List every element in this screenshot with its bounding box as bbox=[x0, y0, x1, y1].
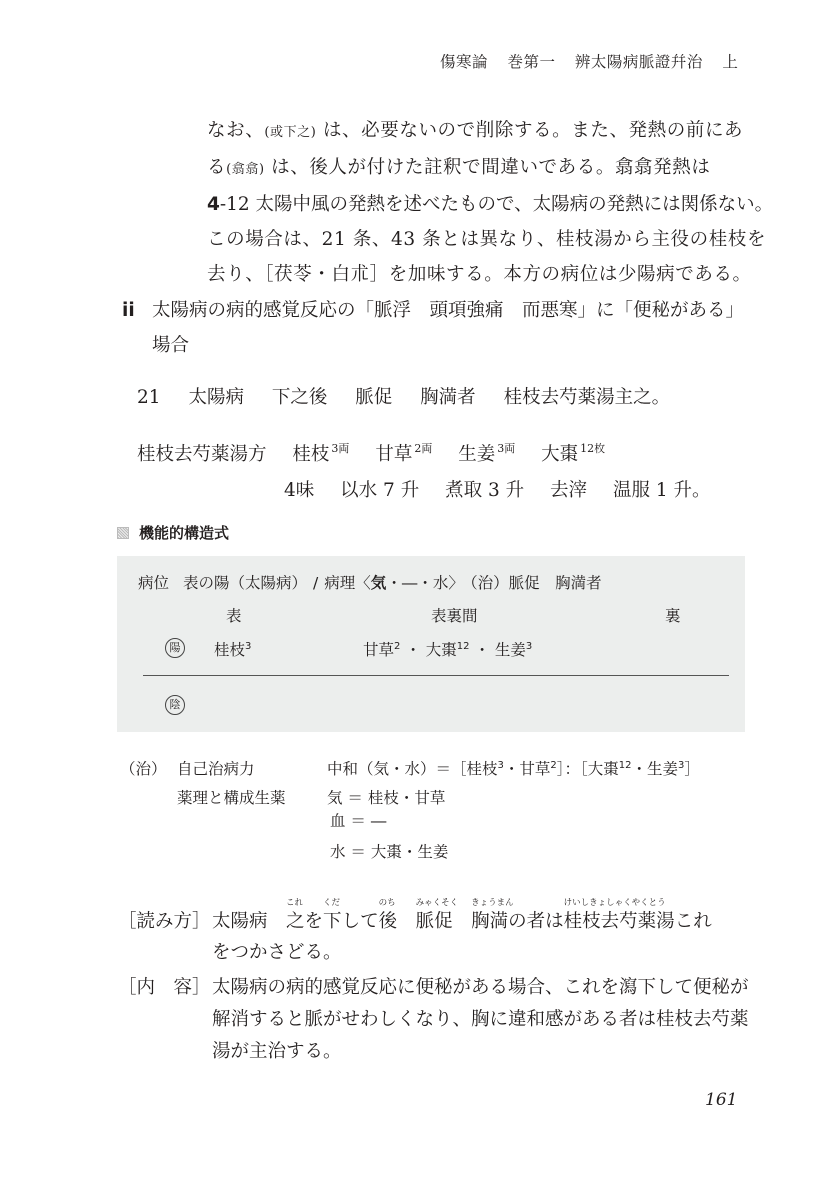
article-phrase: 脈促 bbox=[355, 387, 392, 408]
header-volume: 巻第一 bbox=[507, 53, 555, 71]
text: なお、 bbox=[207, 120, 264, 141]
article-phrase: 桂枝去芍薬湯主之。 bbox=[504, 387, 671, 408]
yang-outer-herb: 桂枝3 bbox=[214, 638, 251, 660]
method-step: 煮取 3 升 bbox=[445, 480, 524, 501]
section-title: 機能的構造式 bbox=[139, 524, 229, 542]
text: 太陽病の病的感覚反応に便秘がある場合、これを瀉下して便秘が bbox=[212, 977, 749, 998]
text: る bbox=[207, 157, 226, 178]
small-text: (或下之) bbox=[264, 125, 316, 140]
article-phrase: 胸満者 bbox=[420, 387, 476, 408]
value: ・甘草 bbox=[504, 760, 551, 778]
herb-dose: 3 bbox=[526, 641, 532, 652]
term: 自己治病力 bbox=[177, 755, 327, 784]
herb-name: 桂枝 bbox=[214, 641, 245, 659]
ruby-word: 胸満きょうまん bbox=[471, 907, 508, 933]
reading-line-1: ［読み方］太陽病 之これを下くだして後のち 脈促みゃくそく 胸満きょうまんの者は… bbox=[118, 907, 712, 933]
herb-dose: 3両 bbox=[331, 442, 349, 455]
text: 太陽病 bbox=[212, 911, 286, 932]
prescription-line: 桂枝去芍薬湯方 桂枝3両 甘草2両 生姜3両 大棗12枚 bbox=[137, 440, 625, 466]
page-number: 161 bbox=[705, 1090, 737, 1110]
value: ］ bbox=[684, 760, 700, 778]
yang-circle-icon: 陽 bbox=[165, 638, 185, 658]
yang-symbol: 陽 bbox=[165, 636, 185, 658]
text: -12 太陽中風の発熱を述べたもので、太陽病の発熱には関係ない。 bbox=[220, 194, 773, 215]
reading-label: ［読み方］ bbox=[118, 907, 212, 933]
prescription-method: 4味 以水 7 升 煮取 3 升 去滓 温服 1 升。 bbox=[284, 476, 731, 502]
section-item-ii: ii太陽病の病的感覚反応の「脈浮 頭項強痛 而悪寒」に「便秘がある」 場合 bbox=[122, 293, 744, 363]
furigana: のち bbox=[379, 896, 396, 908]
cross-ref: 4 bbox=[207, 194, 220, 215]
intro-line-1: なお、(或下之) は、必要ないので削除する。また、発熱の前にあ bbox=[207, 113, 773, 150]
herb-dose: 3 bbox=[245, 641, 251, 652]
yin-yang-divider bbox=[143, 675, 729, 676]
value: ］：［大棗 bbox=[557, 760, 619, 778]
article-number: 21 bbox=[137, 387, 161, 408]
ruby-word: 之これ bbox=[286, 907, 305, 933]
structure-section-heading: 機能的構造式 bbox=[117, 522, 229, 543]
text: は、後人が付けた註釈で間違いである。翕翕発熱は bbox=[265, 157, 711, 178]
intro-line-4: この場合は、21 条、43 条とは異なり、桂枝湯から主役の桂枝を bbox=[207, 222, 773, 257]
ruby-word: 脈促みゃくそく bbox=[416, 907, 453, 933]
herb: 甘草2両 bbox=[375, 444, 432, 465]
column-outer: 表 bbox=[226, 604, 242, 626]
content-line-2: 解消すると脈がせわしくなり、胸に違和感がある者は桂枝去芍薬 bbox=[212, 1005, 749, 1031]
yin-symbol: 陰 bbox=[165, 693, 185, 715]
dose: 12 bbox=[619, 760, 632, 771]
pathology-ki: 気 bbox=[371, 574, 387, 592]
herb-dose: 2両 bbox=[414, 442, 432, 455]
furigana: くだ bbox=[323, 896, 340, 908]
separator: ・ bbox=[470, 641, 495, 659]
method-step: 温服 1 升。 bbox=[613, 480, 711, 501]
herb-name: 大棗 bbox=[426, 641, 457, 659]
item-line-2: 場合 bbox=[122, 328, 744, 363]
water-herbs: 水 ＝ 大棗・生姜 bbox=[330, 840, 448, 862]
intro-line-3: 4-12 太陽中風の発熱を述べたもので、太陽病の発熱には関係ない。 bbox=[207, 187, 773, 222]
article-phrase: 下之後 bbox=[272, 387, 328, 408]
header-part: 上 bbox=[722, 53, 738, 71]
herb-name: 甘草 bbox=[375, 444, 412, 465]
ruby-word: 後のち bbox=[379, 907, 398, 933]
herb: 桂枝3両 bbox=[292, 444, 349, 465]
yin-circle-icon: 陰 bbox=[165, 695, 185, 715]
herb: 大棗12枚 bbox=[541, 444, 605, 465]
article-21: 21 太陽病 下之後 脈促 胸満者 桂枝去芍薬湯主之。 bbox=[137, 383, 692, 409]
method-step: 去滓 bbox=[550, 480, 587, 501]
method-step: 4味 bbox=[284, 480, 314, 501]
term: 薬理と構成生薬 bbox=[177, 784, 327, 813]
treatment-block: （治）自己治病力中和（気・水）＝［桂枝3・甘草2］：［大棗12・生姜3］ 薬理と… bbox=[120, 751, 700, 813]
treatment-row-2: 薬理と構成生薬気 ＝ 桂枝・甘草 bbox=[120, 784, 700, 813]
column-inner: 裏 bbox=[665, 604, 681, 626]
pathology-rest: ・―・水〉 bbox=[386, 574, 464, 592]
label: 病位 bbox=[138, 574, 169, 592]
pathology-label: 病理 bbox=[324, 574, 355, 592]
furigana: きょうまん bbox=[471, 896, 514, 908]
small-text: (翕翕) bbox=[226, 162, 265, 177]
blood-herbs: 血 ＝ ― bbox=[330, 809, 386, 831]
treatment-target: （治）脈促 胸満者 bbox=[470, 574, 602, 592]
running-header: 傷寒論 巻第一 辨太陽病脈證幷治 上 bbox=[440, 50, 752, 72]
structure-summary-line: 病位表の陽（太陽病）/病理〈気・―・水〉（治）脈促 胸満者 bbox=[138, 571, 608, 593]
ki-herbs: 気 ＝ 桂枝・甘草 bbox=[327, 789, 445, 807]
bracket: 〈 bbox=[355, 574, 371, 592]
yang-middle-herbs: 甘草2 ・ 大棗12 ・ 生姜3 bbox=[363, 638, 532, 660]
header-chapter: 辨太陽病脈證幷治 bbox=[575, 53, 703, 71]
herb-name: 生姜 bbox=[458, 444, 495, 465]
furigana: これ bbox=[286, 896, 303, 908]
slash: / bbox=[313, 574, 318, 592]
content-line-1: ［内 容］太陽病の病的感覚反応に便秘がある場合、これを瀉下して便秘が bbox=[118, 973, 749, 999]
furigana: けいしきょしゃくやくとう bbox=[564, 896, 666, 908]
hatched-square-icon bbox=[117, 527, 129, 539]
value: ・生姜 bbox=[632, 760, 679, 778]
treatment-row-1: （治）自己治病力中和（気・水）＝［桂枝3・甘草2］：［大棗12・生姜3］ bbox=[120, 751, 700, 784]
prescription-name: 桂枝去芍薬湯方 bbox=[137, 444, 267, 465]
separator: ・ bbox=[400, 641, 425, 659]
ruby-word: 桂枝去芍薬湯けいしきょしゃくやくとう bbox=[564, 907, 675, 933]
item-line-1: 太陽病の病的感覚反応の「脈浮 頭項強痛 而悪寒」に「便秘がある」 bbox=[152, 300, 744, 321]
herb-name: 生姜 bbox=[495, 641, 526, 659]
intro-paragraph: なお、(或下之) は、必要ないので削除する。また、発熱の前にあ る(翕翕) は、… bbox=[207, 113, 773, 292]
item-number: ii bbox=[122, 293, 152, 328]
ruby-word: 下くだ bbox=[323, 907, 342, 933]
value: 中和（気・水）＝［桂枝 bbox=[327, 760, 498, 778]
article-phrase: 太陽病 bbox=[188, 387, 244, 408]
furigana: みゃくそく bbox=[416, 896, 459, 908]
intro-line-5: 去り、［茯苓・白朮］を加味する。本方の病位は少陽病である。 bbox=[207, 257, 773, 292]
treatment-label: （治） bbox=[120, 755, 177, 784]
herb-dose: 3両 bbox=[497, 442, 515, 455]
herb-dose: 12 bbox=[457, 641, 470, 652]
method-step: 以水 7 升 bbox=[340, 480, 419, 501]
herb-name: 桂枝 bbox=[292, 444, 329, 465]
intro-line-2: る(翕翕) は、後人が付けた註釈で間違いである。翕翕発熱は bbox=[207, 150, 773, 187]
column-middle: 表裏間 bbox=[431, 604, 478, 626]
text: は、必要ないので削除する。また、発熱の前にあ bbox=[316, 120, 743, 141]
herb-name: 大棗 bbox=[541, 444, 578, 465]
herb-name: 甘草 bbox=[363, 641, 394, 659]
herb-dose: 12枚 bbox=[580, 442, 605, 455]
herb: 生姜3両 bbox=[458, 444, 515, 465]
content-line-3: 湯が主治する。 bbox=[212, 1037, 342, 1063]
disease-position: 表の陽（太陽病） bbox=[183, 574, 307, 592]
reading-line-2: をつかさどる。 bbox=[212, 938, 342, 964]
content-label: ［内 容］ bbox=[118, 973, 212, 999]
header-book: 傷寒論 bbox=[440, 53, 488, 71]
